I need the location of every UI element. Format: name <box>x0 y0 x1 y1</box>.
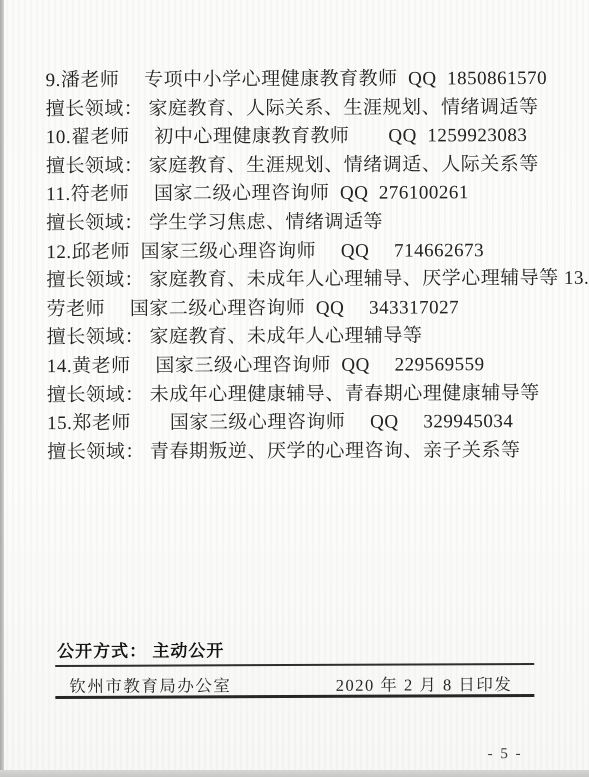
teacher-line: 9.潘老师 专项中小学心理健康教育教师 QQ 1850861570 <box>46 65 551 96</box>
scan-edge-left <box>0 0 4 777</box>
print-date-label: 2020 年 2 月 8 日印发 <box>336 671 513 696</box>
specialty-line: 擅长领域： 家庭教育、未成年人心理辅导等 <box>47 322 552 353</box>
specialty-line: 擅长领域： 家庭教育、生涯规划、情绪调适、人际关系等 <box>46 151 551 182</box>
specialty-line: 擅长领域： 家庭教育、未成年人心理辅导、厌学心理辅导等 13. <box>46 265 551 296</box>
page-number: - 5 - <box>488 746 523 763</box>
issuing-office-label: 钦州市教育局办公室 <box>69 672 231 697</box>
teacher-line: 14.黄老师 国家三级心理咨询师 QQ 229569559 <box>47 351 552 382</box>
teacher-line: 11.符老师 国家二级心理咨询师 QQ 276100261 <box>46 179 551 210</box>
scan-edge-bottom <box>0 770 589 777</box>
teacher-line: 12.邱老师 国家三级心理咨询师 QQ 714662673 <box>46 236 551 267</box>
specialty-line: 擅长领域： 学生学习焦虑、情绪调适等 <box>46 208 551 239</box>
publish-method-label: 公开方式： 主动公开 <box>57 636 224 662</box>
teacher-list: 9.潘老师 专项中小学心理健康教育教师 QQ 1850861570 擅长领域： … <box>46 65 553 468</box>
teacher-line: 15.郑老师 国家三级心理咨询师 QQ 329945034 <box>47 408 552 439</box>
specialty-line: 擅长领域： 未成年心理健康辅导、青春期心理健康辅导等 <box>47 379 552 410</box>
specialty-line: 擅长领域： 家庭教育、人际关系、生涯规划、情绪调适等 <box>46 93 551 124</box>
footer-issuer-row: 钦州市教育局办公室 2020 年 2 月 8 日印发 <box>69 671 512 697</box>
specialty-line: 擅长领域： 青春期叛逆、厌学的心理咨询、亲子关系等 <box>47 437 552 468</box>
scanned-document-page: 9.潘老师 专项中小学心理健康教育教师 QQ 1850861570 擅长领域： … <box>0 0 589 777</box>
teacher-line: 劳老师 国家二级心理咨询师 QQ 343317027 <box>47 294 552 325</box>
footer-divider-thin <box>55 663 534 667</box>
teacher-line: 10.翟老师 初中心理健康教育教师 QQ 1259923083 <box>46 122 551 153</box>
page-content: 9.潘老师 专项中小学心理健康教育教师 QQ 1850861570 擅长领域： … <box>0 0 589 777</box>
